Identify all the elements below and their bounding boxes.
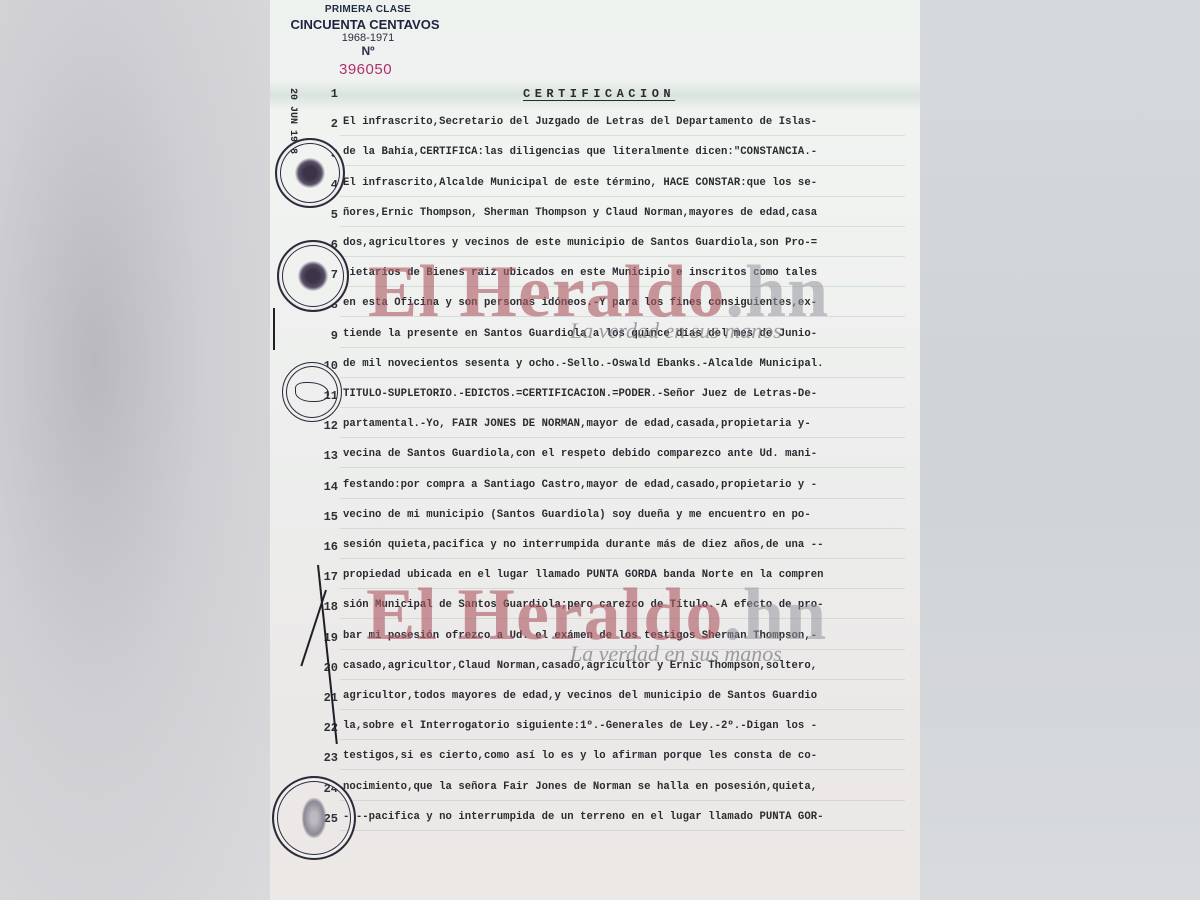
document-line: 14festando:por compra a Santiago Castro,… — [270, 479, 920, 495]
ruled-line — [340, 739, 905, 740]
ruled-line — [340, 709, 905, 710]
line-text: TITULO-SUPLETORIO.-EDICTOS.=CERTIFICACIO… — [343, 388, 817, 400]
line-text: de mil novecientos sesenta y ocho.-Sello… — [343, 358, 824, 370]
document-line: 5ñores,Ernic Thompson, Sherman Thompson … — [270, 207, 920, 223]
coat-of-arms-icon — [295, 158, 324, 187]
line-number: 9 — [318, 329, 338, 343]
paper-validity-years: 1968-1971 — [298, 32, 438, 44]
line-text: nocimiento,que la señora Fair Jones de N… — [343, 781, 817, 793]
ruled-line — [340, 437, 905, 438]
line-text: partamental.-Yo, FAIR JONES DE NORMAN,ma… — [343, 418, 811, 430]
document-line: 24nocimiento,que la señora Fair Jones de… — [270, 781, 920, 797]
background-blur-right — [920, 0, 1200, 900]
line-text: ----pacifica y no interrumpida de un ter… — [343, 811, 824, 823]
ruled-line — [340, 800, 905, 801]
ruled-line — [340, 558, 905, 559]
ruled-line — [340, 377, 905, 378]
bell-emblem-icon — [302, 798, 326, 838]
document-line: 12partamental.-Yo, FAIR JONES DE NORMAN,… — [270, 418, 920, 434]
line-number: 15 — [318, 510, 338, 524]
serial-number: 396050 — [339, 61, 392, 78]
line-text: vecino de mi municipio (Santos Guardiola… — [343, 509, 811, 521]
document-line: 22la,sobre el Interrogatorio siguiente:1… — [270, 720, 920, 736]
paper-value-label: CINCUENTA CENTAVOS — [280, 17, 450, 32]
line-number: 12 — [318, 419, 338, 433]
watermark-tagline: La verdad en sus manos — [570, 318, 782, 344]
pen-mark — [273, 308, 275, 350]
coat-of-arms-icon — [298, 261, 328, 291]
contraloria-seal-icon — [275, 138, 345, 208]
line-text: sesión quieta,pacifica y no interrumpida… — [343, 539, 824, 551]
document-line: 11TITULO-SUPLETORIO.-EDICTOS.=CERTIFICAC… — [270, 388, 920, 404]
line-text: ñores,Ernic Thompson, Sherman Thompson y… — [343, 207, 817, 219]
document-line: 23testigos,si es cierto,como así lo es y… — [270, 750, 920, 766]
signature-stroke — [317, 565, 338, 744]
document-line: 25----pacifica y no interrumpida de un t… — [270, 811, 920, 827]
background-blur-left — [0, 0, 270, 900]
line-number: 21 — [318, 691, 338, 705]
document-line: 1 — [270, 86, 920, 102]
ruled-line — [340, 407, 905, 408]
line-number: 19 — [318, 631, 338, 645]
ruled-line — [340, 769, 905, 770]
line-number: 16 — [318, 540, 338, 554]
ruled-line — [340, 196, 905, 197]
ruled-line — [340, 347, 905, 348]
ruled-line — [340, 165, 905, 166]
paper-number-label: Nº — [298, 44, 438, 58]
line-number: 13 — [318, 449, 338, 463]
watermark-tagline: La verdad en sus manos — [570, 641, 782, 667]
ruled-line — [340, 498, 905, 499]
line-text: festando:por compra a Santiago Castro,ma… — [343, 479, 817, 491]
line-text: de la Bahía,CERTIFICA:las diligencias qu… — [343, 146, 817, 158]
line-text: El infrascrito,Alcalde Municipal de este… — [343, 177, 817, 189]
line-number: 5 — [318, 208, 338, 222]
document-line: 10de mil novecientos sesenta y ocho.-Sel… — [270, 358, 920, 374]
document-line: 3de la Bahía,CERTIFICA:las diligencias q… — [270, 146, 920, 162]
line-number: 17 — [318, 570, 338, 584]
paper-class-label: PRIMERA CLASE — [298, 4, 438, 15]
ruled-line — [340, 679, 905, 680]
administracion-aduana-seal-icon — [272, 776, 356, 860]
line-text: El infrascrito,Secretario del Juzgado de… — [343, 116, 817, 128]
line-text: dos,agricultores y vecinos de este munic… — [343, 237, 817, 249]
line-number: 23 — [318, 751, 338, 765]
line-text: la,sobre el Interrogatorio siguiente:1º.… — [343, 720, 817, 732]
line-number: 14 — [318, 480, 338, 494]
document-line: 4El infrascrito,Alcalde Municipal de est… — [270, 177, 920, 193]
aduanas-seal-icon — [277, 240, 349, 312]
document-line: 16sesión quieta,pacifica y no interrumpi… — [270, 539, 920, 555]
document-line: 15vecino de mi municipio (Santos Guardio… — [270, 509, 920, 525]
document-line: 2El infrascrito,Secretario del Juzgado d… — [270, 116, 920, 132]
line-number: 2 — [318, 117, 338, 131]
document-line: 13vecina de Santos Guardiola,con el resp… — [270, 448, 920, 464]
ruled-line — [340, 135, 905, 136]
ruled-line — [340, 528, 905, 529]
line-text: testigos,si es cierto,como así lo es y l… — [343, 750, 817, 762]
line-text: vecina de Santos Guardiola,con el respet… — [343, 448, 817, 460]
ruled-line — [340, 226, 905, 227]
line-number: 1 — [318, 87, 338, 101]
document-line: 21agricultor,todos mayores de edad,y vec… — [270, 690, 920, 706]
certification-document: PRIMERA CLASE CINCUENTA CENTAVOS 1968-19… — [270, 0, 920, 900]
ruled-line — [340, 830, 905, 831]
ruled-line — [340, 467, 905, 468]
banco-central-seal-icon — [282, 362, 342, 422]
line-text: agricultor,todos mayores de edad,y vecin… — [343, 690, 817, 702]
honduras-map-icon — [295, 382, 329, 401]
